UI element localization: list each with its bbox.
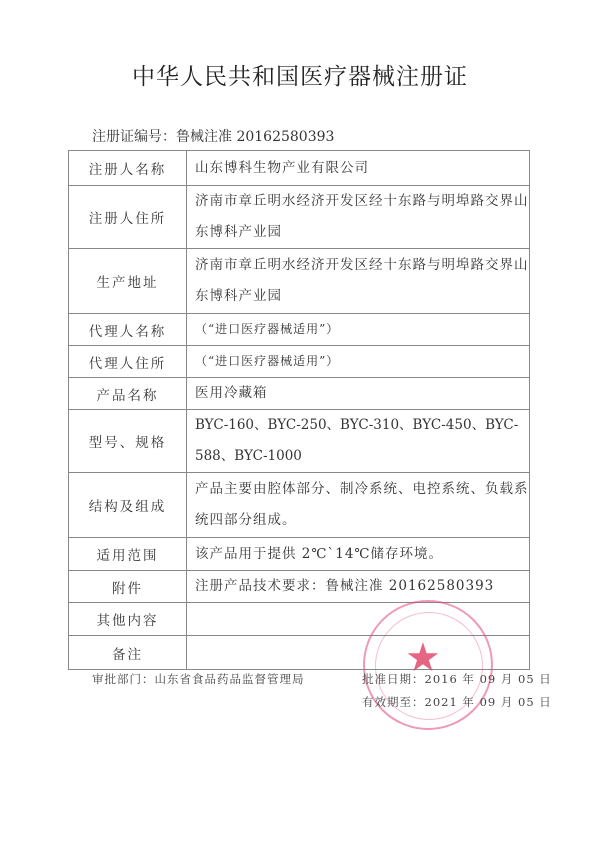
row-value: 济南市章丘明水经济开发区经十东路与明埠路交界山东博科产业园	[187, 249, 530, 314]
row-value: （“进口医疗器械适用”）	[187, 314, 530, 346]
row-label: 附件	[69, 571, 187, 603]
row-value: 山东博科生物产业有限公司	[187, 151, 530, 186]
row-label: 代理人名称	[69, 314, 187, 346]
row-label: 代理人住所	[69, 346, 187, 378]
row-value: 注册产品技术要求：鲁械注准 20162580393	[187, 571, 530, 603]
row-value: 济南市章丘明水经济开发区经十东路与明埠路交界山东博科产业园	[187, 186, 530, 249]
registration-number-line: 注册证编号：鲁械注准 20162580393	[92, 126, 334, 146]
table-row: 代理人住所 （“进口医疗器械适用”）	[69, 346, 530, 378]
table-row: 生产地址 济南市章丘明水经济开发区经十东路与明埠路交界山东博科产业园	[69, 249, 530, 314]
valid-until: 有效期至：2021 年 09 月 05 日	[362, 694, 552, 710]
table-row: 附件 注册产品技术要求：鲁械注准 20162580393	[69, 571, 530, 603]
row-label: 注册人住所	[69, 186, 187, 249]
row-value: （“进口医疗器械适用”）	[187, 346, 530, 378]
row-label: 备注	[69, 636, 187, 670]
row-value: 医用冷藏箱	[187, 378, 530, 410]
table-row: 代理人名称 （“进口医疗器械适用”）	[69, 314, 530, 346]
approval-date: 批准日期：2016 年 09 月 05 日	[362, 671, 552, 687]
row-label: 型号、规格	[69, 410, 187, 473]
official-seal: ★	[363, 600, 493, 730]
registration-number: 鲁械注准 20162580393	[176, 129, 334, 145]
table-row: 适用范围 该产品用于提供 2℃`14℃储存环境。	[69, 538, 530, 571]
table-row: 注册人名称 山东博科生物产业有限公司	[69, 151, 530, 186]
table-row: 结构及组成 产品主要由腔体部分、制冷系统、电控系统、负载系统四部分组成。	[69, 473, 530, 538]
registration-number-label: 注册证编号：	[92, 129, 176, 145]
row-label: 其他内容	[69, 603, 187, 636]
row-label: 生产地址	[69, 249, 187, 314]
table-row: 产品名称 医用冷藏箱	[69, 378, 530, 410]
table-row: 型号、规格 BYC-160、BYC-250、BYC-310、BYC-450、BY…	[69, 410, 530, 473]
table-row: 注册人住所 济南市章丘明水经济开发区经十东路与明埠路交界山东博科产业园	[69, 186, 530, 249]
document-title: 中华人民共和国医疗器械注册证	[0, 58, 600, 91]
row-value: 产品主要由腔体部分、制冷系统、电控系统、负载系统四部分组成。	[187, 473, 530, 538]
row-value: 该产品用于提供 2℃`14℃储存环境。	[187, 538, 530, 571]
row-label: 结构及组成	[69, 473, 187, 538]
certificate-table: 注册人名称 山东博科生物产业有限公司 注册人住所 济南市章丘明水经济开发区经十东…	[68, 150, 530, 670]
row-label: 产品名称	[69, 378, 187, 410]
row-label: 注册人名称	[69, 151, 187, 186]
approval-department: 审批部门：山东省食品药品监督管理局	[92, 671, 305, 687]
row-label: 适用范围	[69, 538, 187, 571]
row-value: BYC-160、BYC-250、BYC-310、BYC-450、BYC-588、…	[187, 410, 530, 473]
